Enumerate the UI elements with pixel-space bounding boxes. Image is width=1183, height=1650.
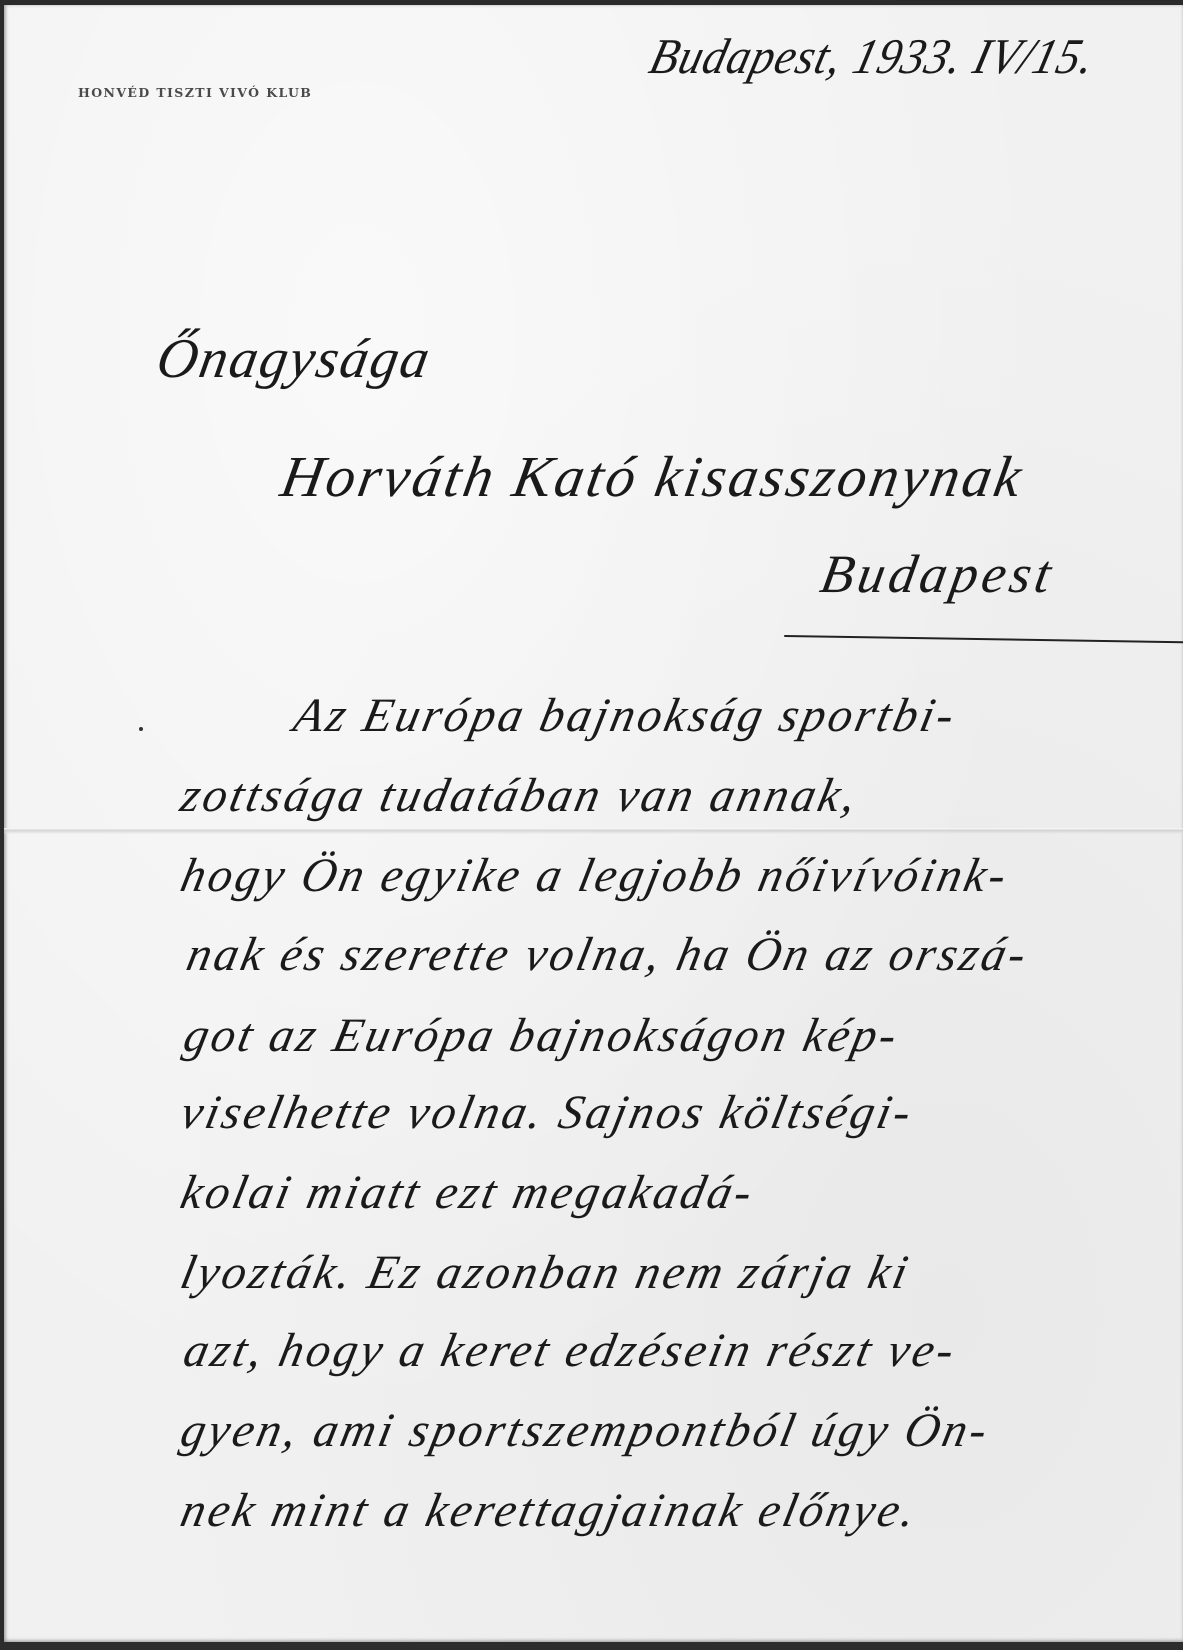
body-line: got az Európa bajnokságon kép- — [179, 1008, 905, 1063]
place-and-date: Budapest, 1933. IV/15. — [644, 27, 1102, 85]
recipient-name: Horváth Kató kisasszonynak — [276, 443, 1030, 510]
salutation: Őnagysága — [152, 327, 436, 391]
scanned-document: HONVÉD TISZTI VIVÓ KLUB Budapest, 1933. … — [0, 0, 1183, 1650]
margin-ink-dot — [139, 727, 143, 731]
body-line: hogy Ön egyike a legjobb nőivívóink- — [176, 848, 1014, 903]
body-line: nek mint a kerettagjainak előnye. — [176, 1483, 923, 1538]
scan-bottom-edge — [0, 1642, 1183, 1650]
body-line: viselhette volna. Sajnos költségi- — [176, 1085, 919, 1140]
paper-fold-crease — [4, 828, 1183, 834]
body-line: zottsága tudatában van annak, — [176, 768, 864, 823]
recipient-city: Budapest — [816, 543, 1060, 605]
body-line: gyen, ami sportszempontból úgy Ön- — [176, 1403, 995, 1458]
letterhead: HONVÉD TISZTI VIVÓ KLUB — [78, 85, 312, 100]
body-line: azt, hogy a keret edzésein részt ve- — [179, 1323, 962, 1378]
letter-paper: HONVÉD TISZTI VIVÓ KLUB Budapest, 1933. … — [4, 5, 1183, 1642]
body-line: Az Európa bajnokság sportbi- — [289, 688, 962, 743]
body-line: kolai miatt ezt megakadá- — [176, 1165, 760, 1220]
address-underline — [784, 635, 1183, 643]
body-line: lyozták. Ez azonban nem zárja ki — [176, 1245, 916, 1300]
body-line: nak és szerette volna, ha Ön az orszá- — [182, 927, 1034, 982]
